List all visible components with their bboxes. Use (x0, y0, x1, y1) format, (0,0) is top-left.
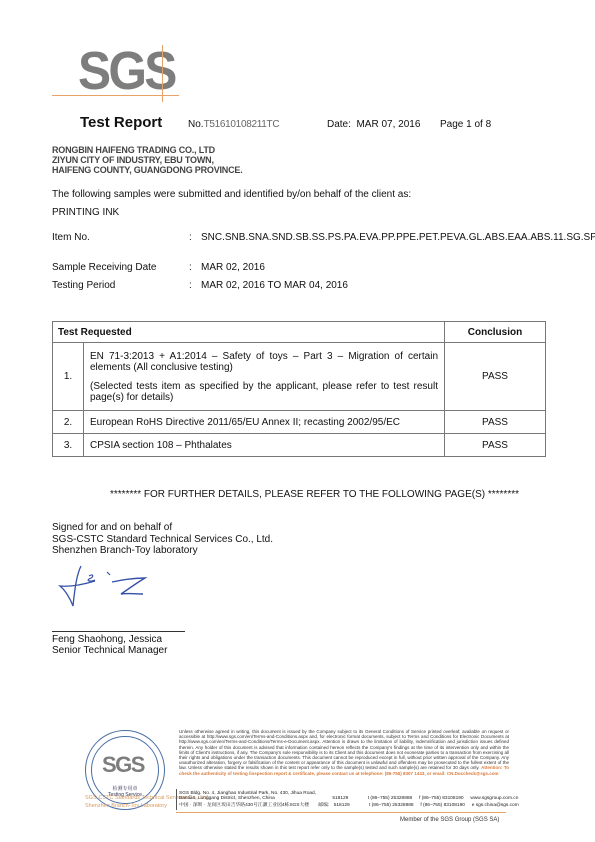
field-value-testing-period: MAR 02, 2016 TO MAR 04, 2016 (201, 280, 541, 292)
field-label-receiving-date: Sample Receiving Date (52, 262, 157, 273)
signer-title: Senior Technical Manager (52, 645, 167, 656)
address-en-row: SGS Bldg. No. 4, Jianghao Industrial Par… (179, 791, 518, 801)
table-row: 2. European RoHS Directive 2011/65/EU An… (53, 411, 546, 434)
handwritten-signature (55, 564, 155, 614)
document-title: Test Report (80, 114, 162, 131)
client-line: RONGBIN HAIFENG TRADING CO., LTD (52, 145, 243, 155)
address-cn: 中国 · 深圳 · 龙岗区坂田吉华路430号江灏工业园4栋SGS大楼 (179, 801, 317, 808)
signature-line (52, 631, 185, 632)
date-label: Date: (327, 119, 351, 130)
logo-horizontal-rule (52, 95, 179, 96)
row-result: PASS (445, 343, 546, 411)
row-description: European RoHS Directive 2011/65/EU Annex… (84, 411, 445, 434)
stamp-sgs-logo: SGS (102, 752, 144, 778)
tests-table: Test Requested Conclusion 1. EN 71-3:201… (52, 321, 546, 457)
row-result: PASS (445, 434, 546, 457)
address-cn-row: 中国 · 深圳 · 龙岗区坂田吉华路430号江灏工业园4栋SGS大楼 邮编: 5… (179, 801, 519, 808)
row-result: PASS (445, 411, 546, 434)
header-conclusion: Conclusion (445, 322, 546, 343)
member-of-sgs: Member of the SGS Group (SGS SA) (400, 817, 499, 823)
signer-name: Feng Shaohong, Jessica (52, 634, 167, 645)
postcode-label: 邮编: (318, 801, 332, 808)
signed-line: Shenzhen Branch-Toy laboratory (52, 545, 273, 557)
date-value: MAR 07, 2016 (356, 119, 420, 130)
client-line: HAIFENG COUNTY, GUANGDONG PROVINCE. (52, 165, 243, 175)
footer-fine-print: Unless otherwise agreed in writing, this… (179, 729, 509, 776)
address-en: SGS Bldg. No. 4, Jianghao Industrial Par… (179, 791, 331, 801)
row-number: 2. (53, 411, 84, 434)
signed-line: Signed for and on behalf of (52, 522, 273, 534)
field-label-testing-period: Testing Period (52, 280, 115, 291)
row-number: 1. (53, 343, 84, 411)
row-description: EN 71-3:2013 + A1:2014 – Safety of toys … (84, 343, 445, 411)
logo-vertical-rule (162, 45, 163, 102)
test-description: EN 71-3:2013 + A1:2014 – Safety of toys … (90, 351, 438, 373)
field-label-item-no: Item No. (52, 232, 90, 243)
further-details-note: ******** FOR FURTHER DETAILS, PLEASE REF… (110, 489, 519, 500)
table-header-row: Test Requested Conclusion (53, 322, 546, 343)
test-note: (Selected tests item as specified by the… (90, 381, 438, 403)
client-address: RONGBIN HAIFENG TRADING CO., LTD ZIYUN C… (52, 145, 243, 175)
table-row: 1. EN 71-3:2013 + A1:2014 – Safety of to… (53, 343, 546, 411)
telephone: t (86–755) 25328888 (369, 803, 419, 808)
postcode: 518129 (334, 803, 368, 808)
product-name: PRINTING INK (52, 207, 119, 218)
header-test-requested: Test Requested (53, 322, 445, 343)
field-colon: : (189, 280, 192, 291)
report-number-value: T51610108211TC (204, 119, 280, 130)
intro-text: The following samples were submitted and… (52, 189, 411, 200)
field-colon: : (189, 232, 192, 243)
table-row: 3. CPSIA section 108 – Phthalates PASS (53, 434, 546, 457)
signed-on-behalf: Signed for and on behalf of SGS-CSTC Sta… (52, 522, 273, 557)
email: e sgs.china@sgs.com (472, 803, 519, 808)
signer: Feng Shaohong, Jessica Senior Technical … (52, 634, 167, 656)
field-value-receiving-date: MAR 02, 2016 (201, 262, 541, 274)
row-number: 3. (53, 434, 84, 457)
report-number: No.T51610108211TC (188, 119, 279, 130)
page-indicator: Page 1 of 8 (440, 119, 491, 130)
field-value-item-no: SNC.SNB.SNA.SND.SB.SS.PS.PA.EVA.PP.PPE.P… (201, 232, 541, 244)
report-date: Date: MAR 07, 2016 (327, 119, 420, 130)
client-line: ZIYUN CITY OF INDUSTRY, EBU TOWN, (52, 155, 243, 165)
report-number-label: No. (188, 119, 204, 130)
terms-text: Unless otherwise agreed in writing, this… (179, 729, 509, 770)
footer-rule (176, 812, 506, 813)
row-description: CPSIA section 108 – Phthalates (84, 434, 445, 457)
sgs-logo: SGS (78, 44, 175, 98)
field-colon: : (189, 262, 192, 273)
address-separator (176, 789, 177, 810)
signed-line: SGS-CSTC Standard Technical Services Co.… (52, 534, 273, 546)
fax: f (86–755) 83108190 (420, 803, 470, 808)
